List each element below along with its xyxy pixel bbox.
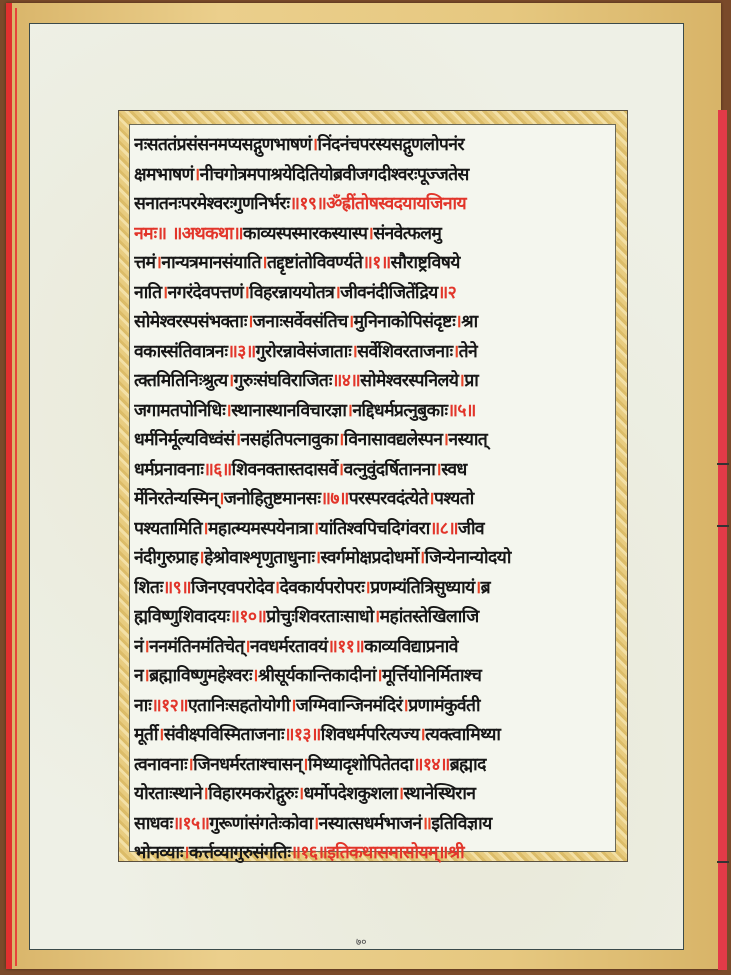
text-segment: सोमेश्वरस्पनिलये xyxy=(360,371,458,391)
text-segment: वत्नुवुंदर्षितानना xyxy=(344,460,436,480)
text-segment: सनातनःपरमेश्वरःगुणनिर्भरः xyxy=(134,194,289,214)
text-segment: प्रोचुःशिवरताःसाधो xyxy=(266,607,373,627)
text-segment: तेने xyxy=(459,342,478,362)
text-segment: गुरुःसंघविराजितः xyxy=(234,371,332,391)
text-segment: देवकार्यपरोपरः xyxy=(280,578,365,598)
text-segment: जिनएवपरोदेव xyxy=(191,578,274,598)
manuscript-line: सनातनःपरमेश्वरःगुणनिर्भरः॥१९॥ॐह्रींतोषस्… xyxy=(134,190,611,220)
manuscript-line: धर्मनिर्मूल्यविध्वंसं।नसहंतिपत्नावुका।वि… xyxy=(134,426,611,456)
page-edge-red-right xyxy=(718,110,727,970)
rubric-text: ॥१०॥ xyxy=(229,607,266,627)
text-segment: ह्मविष्णुशिवादयः xyxy=(134,607,229,627)
text-segment: त्तमं xyxy=(134,253,155,273)
text-segment: त्वनावनाः xyxy=(134,755,187,775)
rubric-text: ॥११॥ xyxy=(327,637,364,657)
text-segment: क्षमभाषणं xyxy=(134,165,194,185)
text-segment: त्यक्त्वामिथ्या xyxy=(425,725,500,745)
rubric-text: ॥१५॥ xyxy=(173,814,210,834)
text-segment: र्मेनिरतेन्यस्मिन् xyxy=(134,489,218,509)
rubric-text: ॥१६॥इतिकथासमासोयम्॥श्री xyxy=(290,843,464,863)
text-segment: स्थानास्थानविचारज्ञा xyxy=(231,401,346,421)
text-segment: जिन्येनान्योदयो xyxy=(425,548,511,568)
text-segment: नद्दिधर्मप्रत्नुबुकाः xyxy=(352,401,447,421)
rubric-text: ॥१९॥ॐह्रींतोषस्वदयायजिनाय xyxy=(289,194,466,214)
text-segment: मिथ्यादृशोपितेतदा xyxy=(308,755,413,775)
manuscript-line: पश्यतामिति।महात्म्यमस्पयेनात्रा।यांतिश्व… xyxy=(134,515,611,545)
rubric-text: ॥३॥ xyxy=(227,342,255,362)
binding-stitch xyxy=(717,861,729,863)
rubric-text: ॥७॥ xyxy=(320,489,348,509)
text-segment: साधवः xyxy=(134,814,173,834)
manuscript-line: त्तमं।नान्यत्रमानसंयाति।तद्दृष्टांतोविवर… xyxy=(134,249,611,279)
rubric-text: ॥६॥ xyxy=(203,460,231,480)
text-segment: श्रा xyxy=(461,312,477,332)
text-segment: धर्मनिर्मूल्यविध्वंसं xyxy=(134,430,235,450)
text-segment: नवधर्मरतावयं xyxy=(250,637,327,657)
text-segment: जनोहितुष्टमानसः xyxy=(224,489,321,509)
text-segment: सौराष्ट्रविषये xyxy=(391,253,460,273)
rubric-text: ॥अथकथा॥ xyxy=(172,224,243,244)
text-segment: नगरंदेवपत्तणं xyxy=(168,283,244,303)
binding-stitch xyxy=(717,463,729,465)
rubric-text: ॥८॥ xyxy=(430,519,458,539)
text-segment: शितः xyxy=(134,578,163,598)
manuscript-line: जगामतपोनिधिः।स्थानास्थानविचारज्ञा।नद्दिध… xyxy=(134,397,611,427)
text-segment: शिवधर्मपरित्यज्य xyxy=(321,725,419,745)
text-segment: काव्यस्पस्मारकस्यास्प xyxy=(243,224,367,244)
text-segment: जिनधर्मरताश्चासन् xyxy=(193,755,302,775)
manuscript-line: न।ब्रह्माविष्णुमहेश्वरः।श्रीसूर्यकान्तिक… xyxy=(134,662,611,692)
rubric-text: ॥१२॥ xyxy=(151,696,188,716)
rubric-text: ॥१३॥ xyxy=(284,725,321,745)
text-segment: हेश्रोवाश्शृणुताधुनाः xyxy=(204,548,314,568)
manuscript-line: भोनव्याः।कर्त्तव्यागुरुसंगतिः॥१६॥इतिकथास… xyxy=(134,839,611,869)
text-segment: संनवेत्फलमु xyxy=(373,224,441,244)
text-segment: नाति xyxy=(134,283,162,303)
manuscript-line: नमः॥ ॥अथकथा॥काव्यस्पस्मारकस्यास्प।संनवेत… xyxy=(134,220,611,250)
danda-mark: ॥ xyxy=(421,814,431,834)
text-segment: नस्यात्सधर्मभाजनं xyxy=(319,814,422,834)
text-segment: धर्मप्रनावनाः xyxy=(134,460,203,480)
text-segment: मूर्त्तियोनिर्मिताश्च xyxy=(382,666,481,686)
text-segment: कर्त्तव्यागुरुसंगतिः xyxy=(189,843,290,863)
text-segment: नस्यात् xyxy=(448,430,487,450)
rubric-text: ॥५॥ xyxy=(447,401,475,421)
manuscript-line: नःसततंप्रसंसनमप्यसद्गुणभाषणं।निंदनंचपरस्… xyxy=(134,131,611,161)
manuscript-line: वकास्संतिवात्रनः॥३॥गुरोरन्नावेसंजाताः।सर… xyxy=(134,338,611,368)
text-segment: नसहंतिपत्नावुका xyxy=(241,430,338,450)
text-segment: विहारमकरोद्गुरुः xyxy=(208,784,297,804)
rubric-text: ॥१॥ xyxy=(362,253,390,273)
text-segment: एतानिःसहतोयोगी xyxy=(188,696,290,716)
text-segment: जीव xyxy=(458,519,484,539)
manuscript-line: नाः॥१२॥एतानिःसहतोयोगी।जग्मिवान्जिनमंदिरं… xyxy=(134,692,611,722)
text-segment: ब्रह्माद xyxy=(450,755,486,775)
rubric-text: ॥९॥ xyxy=(163,578,191,598)
text-segment: संवीक्ष्पविस्मिताजनाः xyxy=(164,725,284,745)
text-segment: नःसततंप्रसंसनमप्यसद्गुणभाषणं xyxy=(134,135,311,155)
manuscript-line: त्वनावनाः।जिनधर्मरताश्चासन्।मिथ्यादृशोपि… xyxy=(134,751,611,781)
text-segment: स्वर्गमोक्षप्रदोधर्मो xyxy=(321,548,419,568)
text-segment: योरताःस्थाने xyxy=(134,784,202,804)
text-segment: नं xyxy=(134,637,143,657)
page-number: ७० xyxy=(356,934,366,948)
red-rule-left xyxy=(15,8,17,966)
text-segment: ब्र xyxy=(481,578,490,598)
text-segment: जगामतपोनिधिः xyxy=(134,401,225,421)
text-segment: ब्रह्माविष्णुमहेश्वरः xyxy=(149,666,252,686)
text-segment: विहरन्नाययोतत्र xyxy=(249,283,334,303)
text-segment: स्वध xyxy=(441,460,467,480)
manuscript-line: सोमेश्वरस्पसंभक्ताः।जनाःसर्वेवसंतिच।मुनि… xyxy=(134,308,611,338)
text-segment: गुरोरन्नावेसंजाताः xyxy=(256,342,352,362)
text-segment: सर्वेशिवरताजनाः xyxy=(357,342,452,362)
binding-stitch xyxy=(717,525,729,527)
text-segment: निंदनंचपरस्यसद्गुणलोपनंर xyxy=(318,135,464,155)
text-segment: तद्दृष्टांतोविवर्ण्यते xyxy=(267,253,362,273)
text-segment: प्रणामंकुर्वती xyxy=(408,696,480,716)
manuscript-line: मूर्ती।संवीक्ष्पविस्मिताजनाः॥१३॥शिवधर्मप… xyxy=(134,721,611,751)
text-segment: त्क्तमितिनिःश्रुत्य xyxy=(134,371,228,391)
text-segment: प्रा xyxy=(464,371,478,391)
text-segment: विनासावद्यलेस्पन xyxy=(344,430,443,450)
text-segment: नीचगोत्रमपाश्रयेदितियोब्रवीजगदीश्वरःपूज्… xyxy=(200,165,469,185)
text-segment: इतिविज्ञाय xyxy=(431,814,491,834)
manuscript-line: र्मेनिरतेन्यस्मिन्।जनोहितुष्टमानसः॥७॥परस… xyxy=(134,485,611,515)
text-segment: वकास्संतिवात्रनः xyxy=(134,342,227,362)
text-segment: पश्यतो xyxy=(434,489,474,509)
text-segment: श्रीसूर्यकान्तिकादीनां xyxy=(258,666,376,686)
text-segment: न xyxy=(134,666,143,686)
text-segment: सोमेश्वरस्पसंभक्ताः xyxy=(134,312,247,332)
text-segment: यांतिश्वपिचदिगंवरा xyxy=(319,519,430,539)
text-segment: नाः xyxy=(134,696,151,716)
text-segment: महांतस्तेखिलाजि xyxy=(380,607,479,627)
text-segment: स्थानेस्थिरान xyxy=(404,784,476,804)
manuscript-line: योरताःस्थाने।विहारमकरोद्गुरुः।धर्मोपदेशक… xyxy=(134,780,611,810)
text-segment: काव्यविद्याप्रनावे xyxy=(364,637,458,657)
text-segment: महात्म्यमस्पयेनात्रा xyxy=(208,519,313,539)
text-segment: पश्यतामिति xyxy=(134,519,202,539)
manuscript-line: नंदीगुरुप्राह।हेश्रोवाश्शृणुताधुनाः।स्वर… xyxy=(134,544,611,574)
text-panel: नःसततंप्रसंसनमप्यसद्गुणभाषणं।निंदनंचपरस्… xyxy=(129,124,616,852)
text-segment: नान्यत्रमानसंयाति xyxy=(161,253,261,273)
manuscript-line: क्षमभाषणं।नीचगोत्रमपाश्रयेदितियोब्रवीजगद… xyxy=(134,161,611,191)
text-segment: मूर्ती xyxy=(134,725,158,745)
manuscript-line: त्क्तमितिनिःश्रुत्य।गुरुःसंघविराजितः॥४॥स… xyxy=(134,367,611,397)
manuscript-line: साधवः॥१५॥गुरूणांसंगतेःकोवा।नस्यात्सधर्मभ… xyxy=(134,810,611,840)
rubric-text: नमः॥ xyxy=(134,224,166,244)
text-segment: गुरूणांसंगतेःकोवा xyxy=(209,814,312,834)
manuscript-line: धर्मप्रनावनाः॥६॥शिवनक्तास्तदासर्वे।वत्नु… xyxy=(134,456,611,486)
text-segment: भोनव्याः xyxy=(134,843,183,863)
rubric-text: ॥१४॥ xyxy=(413,755,450,775)
manuscript-line: नाति।नगरंदेवपत्तणं।विहरन्नाययोतत्र।जीवनं… xyxy=(134,279,611,309)
text-segment: जनाःसर्वेवसंतिच xyxy=(253,312,348,332)
text-segment: जग्मिवान्जिनमंदिरं xyxy=(296,696,402,716)
text-segment: मुनिनाकोपिसंदृष्टः xyxy=(354,312,455,332)
text-segment: ननमंतिनमंतिचेत् xyxy=(149,637,244,657)
rubric-text: ॥४॥ xyxy=(332,371,360,391)
text-segment: परस्परवदंत्येते xyxy=(349,489,428,509)
page-edge-red-left xyxy=(6,3,12,969)
text-segment: शिवनक्तास्तदासर्वे xyxy=(232,460,338,480)
text-segment: नंदीगुरुप्राह xyxy=(134,548,198,568)
manuscript-line: ह्मविष्णुशिवादयः॥१०॥प्रोचुःशिवरताःसाधो।म… xyxy=(134,603,611,633)
manuscript-line: शितः॥९॥जिनएवपरोदेव।देवकार्यपरोपरः।प्रणम्… xyxy=(134,574,611,604)
text-segment: जीवनंदीजितेंद्रिय xyxy=(340,283,437,303)
text-segment: धर्मोपदेशकुशला xyxy=(304,784,398,804)
manuscript-line: नं।ननमंतिनमंतिचेत्।नवधर्मरतावयं॥११॥काव्य… xyxy=(134,633,611,663)
rubric-text: ॥२ xyxy=(438,283,456,303)
text-segment: प्रणम्यंतित्रिसुध्यायं xyxy=(370,578,474,598)
